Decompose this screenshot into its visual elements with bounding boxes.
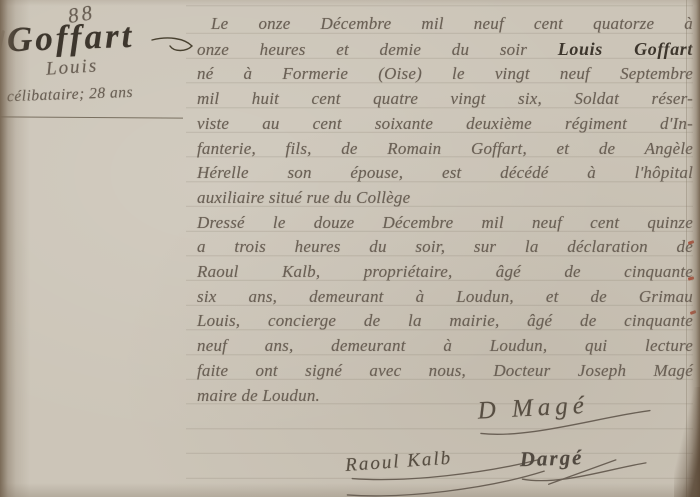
act-line: auxiliaire situé rue du Collège (197, 186, 693, 211)
act-line: Hérelle son épouse, est décédé à l'hôpit… (197, 161, 693, 186)
page-corner-shadow (674, 387, 700, 497)
surname-flourish (150, 34, 195, 56)
act-line: Louis, concierge de la mairie, âgé de ci… (197, 309, 693, 334)
act-line: fanterie, fils, de Romain Goffart, et de… (197, 137, 693, 162)
act-text: Le onze Décembre mil neuf cent quatorze … (197, 12, 693, 408)
act-line: neuf ans, demeurant à Loudun, qui lectur… (197, 334, 693, 359)
margin-given-name: Louis (45, 55, 99, 81)
deceased-name-emphasis: Louis Goffart (558, 39, 693, 59)
kalb-signature: Raoul Kalb (345, 441, 548, 497)
act-line: Le onze Décembre mil neuf cent quatorze … (197, 12, 693, 37)
witness-signature: Dargé (519, 443, 650, 488)
act-line: six ans, demeurant à Loudun, et de Grima… (197, 285, 693, 310)
page-left-edge-shadow (0, 0, 30, 497)
act-line: faite ont signé avec nous, Docteur Josep… (197, 359, 693, 384)
act-line: mil huit cent quatre vingt six, Soldat r… (197, 87, 693, 112)
death-register-page: 88 Goffart Louis célibataire; 28 ans Le … (0, 0, 700, 497)
act-line: onze heures et demie du soir Louis Goffa… (197, 37, 693, 63)
act-line: Raoul Kalb, propriétaire, âgé de cinquan… (197, 260, 693, 285)
act-line: Dressé le douze Décembre mil neuf cent q… (197, 211, 693, 236)
act-line: viste au cent soixante deuxième régiment… (197, 112, 693, 137)
act-line: a trois heures du soir, sur la déclarati… (197, 235, 693, 260)
act-line: né à Formerie (Oise) le vingt neuf Septe… (197, 62, 693, 87)
mayor-signature: D Magé (477, 388, 654, 439)
